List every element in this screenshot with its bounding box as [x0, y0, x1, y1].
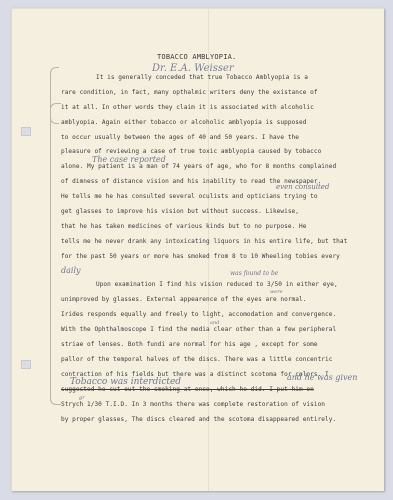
text-line: get glasses to improve his vision but wi… — [61, 208, 299, 215]
text-line: to occur usually between the ages of 40 … — [61, 134, 299, 141]
punch-hole-top — [21, 127, 31, 136]
text-line: He tells me he has consulted several ocu… — [61, 193, 318, 200]
text-line: that he has taken medicines of various k… — [61, 223, 306, 230]
text-line: Upon examination I find his vision reduc… — [96, 281, 338, 288]
text-line: pallor of the temporal halves of the dis… — [61, 356, 332, 363]
text-line: Irides responds equally and freely to li… — [61, 311, 336, 318]
text-line-struck: suggested he cut out the smoking at once… — [61, 386, 314, 393]
text-line: tells me he never drank any intoxicating… — [61, 238, 347, 245]
text-line: rare condition, in fact, many opthalmic … — [61, 89, 318, 96]
text-line: pleasure of reviewing a case of true tox… — [61, 148, 321, 155]
text-line: for the past 50 years or more has smoked… — [61, 253, 340, 260]
text-line: amblyopia. Again either tobacco or alcoh… — [61, 119, 306, 126]
handwritten-edit: were — [270, 289, 283, 295]
text-line: striae of lenses. Both fundi are normal … — [61, 341, 318, 348]
margin-bracket-bottom — [50, 103, 61, 405]
text-line: by proper glasses, The discs cleared and… — [61, 416, 336, 423]
handwritten-edit: daily — [61, 266, 81, 275]
handwritten-edit: was found to be — [230, 270, 278, 277]
text-line: alone. My patient is a man of 74 years o… — [61, 163, 336, 170]
handwritten-edit: even consulted — [276, 183, 329, 191]
text-line: It is generally conceded that true Tobac… — [96, 74, 308, 81]
author-signature: Dr. E.A. Weisser — [152, 63, 234, 74]
document-title: TOBACCO AMBLYOPIA. — [157, 53, 236, 61]
text-line: Strych 1/30 T.I.D. In 3 months there was… — [61, 401, 325, 408]
handwritten-edit: and he was given — [287, 373, 357, 382]
text-line: unimproved by glasses. External appearen… — [61, 296, 306, 303]
text-line: With the Ophthalmoscope I find the media… — [61, 326, 336, 333]
document-page: TOBACCO AMBLYOPIA. Dr. E.A. Weisser It i… — [11, 8, 384, 491]
text-line: it at all. In other words they claim it … — [61, 104, 314, 111]
punch-hole-bottom — [21, 360, 31, 369]
